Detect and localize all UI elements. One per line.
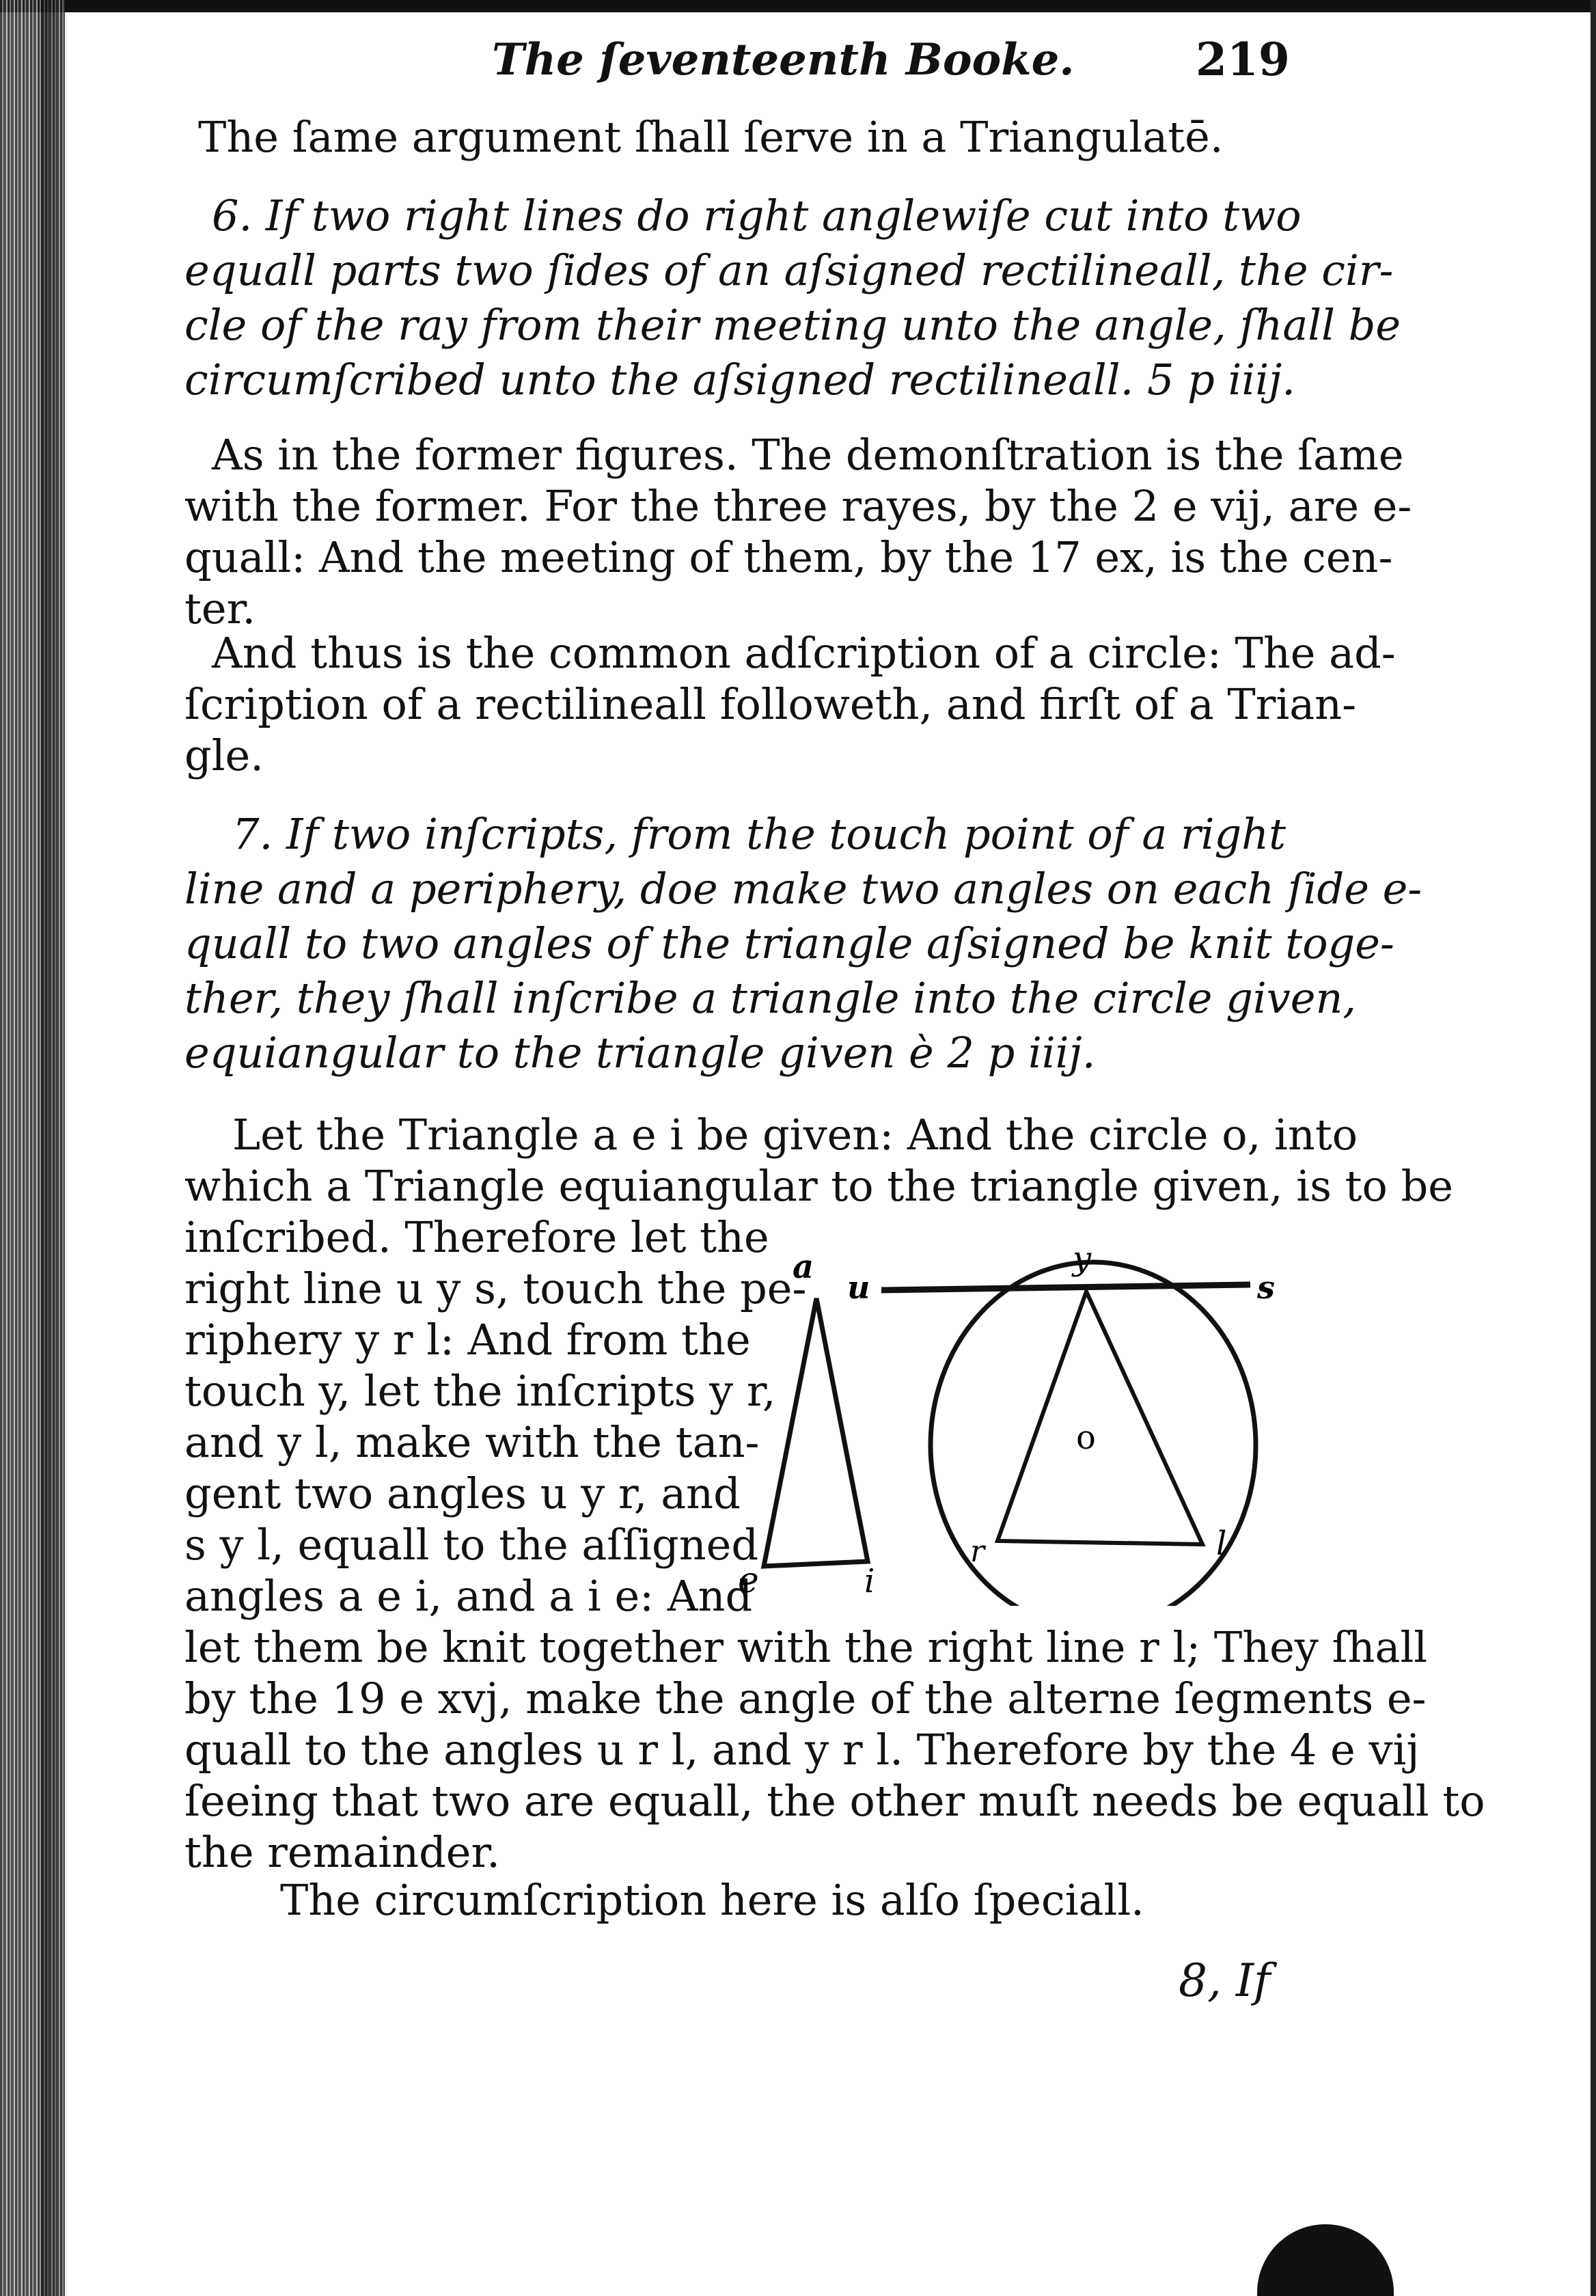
figure-svg: a e i o y u s r l: [738, 1250, 1284, 1606]
text-line: the remainder.: [184, 1831, 500, 1874]
proposition-7-line: equiangular to the triangle given è 2 p …: [184, 1032, 1095, 1074]
proposition-6-line: cle of the ray from their meeting unto t…: [184, 304, 1401, 346]
label-i: i: [864, 1562, 875, 1600]
text-line: As in the former figures. The demonſtrat…: [212, 434, 1404, 476]
label-e: e: [738, 1560, 759, 1601]
page-number: 219: [1196, 33, 1290, 86]
geometry-figure: a e i o y u s r l: [738, 1250, 1284, 1606]
label-r: r: [970, 1534, 987, 1569]
text-line: ſeeing that two are equall, the other mu…: [184, 1780, 1485, 1822]
text-line: Let the Triangle a e i be given: And the…: [232, 1114, 1358, 1156]
text-line: by the 19 e xvj, make the angle of the a…: [184, 1678, 1427, 1720]
scan-gutter-shadow: [41, 0, 68, 2296]
text-line: riphery y r l: And from the: [184, 1319, 751, 1361]
text-line: The ſame argument ſhall ſerve in a Trian…: [198, 116, 1224, 159]
text-line: The circumſcription here is alſo ſpecial…: [280, 1879, 1144, 1922]
text-line: touch y, let the inſcripts y r,: [184, 1370, 775, 1412]
running-title: The ſeventeenth Booke.: [492, 34, 1075, 85]
scan-right-border: [1591, 0, 1596, 2296]
label-s: s: [1256, 1269, 1275, 1306]
triangle-aei: [764, 1298, 868, 1566]
proposition-7-line: ther, they ſhall inſcribe a triangle int…: [184, 977, 1356, 1020]
text-line: which a Triangle equiangular to the tria…: [184, 1165, 1453, 1207]
proposition-6-line: circumſcribed unto the aſsigned rectilin…: [184, 359, 1295, 401]
label-y: y: [1071, 1250, 1092, 1278]
label-u: u: [847, 1269, 870, 1306]
text-line: and y l, make with the tan-: [184, 1421, 759, 1464]
tangent-uys: [881, 1285, 1250, 1290]
proposition-6-line: equall parts two ſides of an aſsigned re…: [184, 249, 1393, 292]
text-line: quall: And the meeting of them, by the 1…: [184, 536, 1392, 579]
label-l: l: [1216, 1525, 1226, 1563]
text-line: gle.: [184, 735, 264, 777]
proposition-6-line: 6. If two right lines do right anglewiſe…: [212, 195, 1302, 237]
proposition-7-line: line and a periphery, doe make two angle…: [184, 868, 1422, 910]
text-line: ter.: [184, 588, 256, 630]
text-line: gent two angles u y r, and: [184, 1473, 741, 1515]
text-line: angles a e i, and a i e: And: [184, 1575, 752, 1617]
running-header: The ſeventeenth Booke. 219: [184, 20, 1305, 109]
scan-top-border: [0, 0, 1596, 12]
text-line: s y l, equall to the aſſigned: [184, 1524, 758, 1566]
text-line: quall to the angles u r l, and y r l. Th…: [184, 1729, 1420, 1771]
label-o: o: [1076, 1419, 1096, 1457]
text-line: with the former. For the three rayes, by…: [184, 485, 1412, 528]
label-a: a: [793, 1250, 814, 1286]
scan-ink-blot: [1257, 2224, 1394, 2296]
text-line: And thus is the common adſcription of a …: [212, 632, 1396, 674]
catchword: 8, If: [1179, 1954, 1270, 2007]
triangle-yrl: [997, 1291, 1202, 1544]
text-line: ſcription of a rectilineall followeth, a…: [184, 683, 1356, 726]
text-line: let them be knit together with the right…: [184, 1626, 1427, 1669]
proposition-7-line: 7. If two inſcripts, from the touch poin…: [232, 813, 1286, 856]
proposition-7-line: quall to two angles of the triangle aſsi…: [184, 922, 1394, 965]
text-line: inſcribed. Therefore let the: [184, 1216, 769, 1259]
text-line: right line u y s, touch the pe-: [184, 1268, 806, 1310]
